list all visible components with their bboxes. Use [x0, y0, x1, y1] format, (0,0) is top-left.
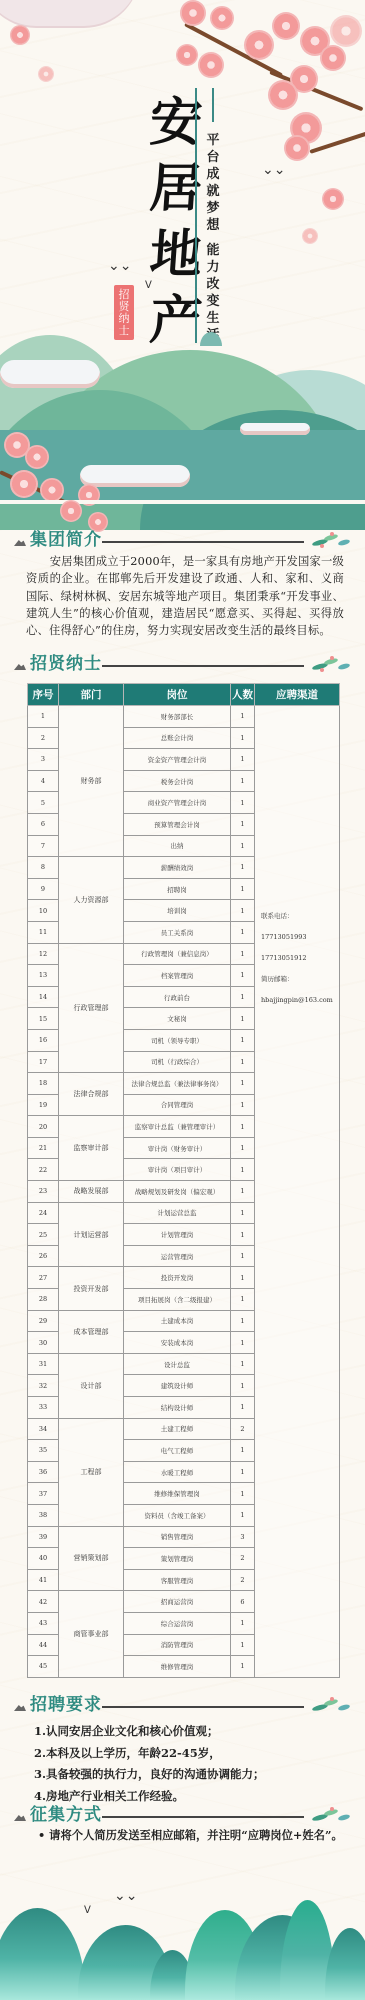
cell-position: 审计岗（项目审计） — [124, 1159, 231, 1181]
cell-no: 3 — [28, 749, 59, 771]
cell-no: 44 — [28, 1634, 59, 1656]
cell-count: 1 — [231, 878, 255, 900]
cell-position: 消防管理岗 — [124, 1634, 231, 1656]
blossom-icon — [60, 500, 82, 522]
cell-count: 1 — [231, 900, 255, 922]
mountain-mark-icon — [14, 1705, 26, 1711]
cell-no: 31 — [28, 1353, 59, 1375]
blossom-icon — [320, 45, 346, 71]
cell-position: 预算管理会计岗 — [124, 813, 231, 835]
requirement-item: 3.具备较强的执行力，良好的沟通协调能力； — [34, 1764, 344, 1786]
cell-position: 综合运营岗 — [124, 1612, 231, 1634]
cloud-decoration — [0, 360, 100, 388]
blossom-icon — [244, 30, 274, 60]
cell-position: 战略规划及研发岗（偏宏观） — [124, 1181, 231, 1203]
cell-count: 1 — [231, 1094, 255, 1116]
cell-no: 16 — [28, 1029, 59, 1051]
cell-count: 1 — [231, 1267, 255, 1289]
cell-no: 23 — [28, 1181, 59, 1203]
cell-position: 司机（领导专职） — [124, 1029, 231, 1051]
blossom-icon — [322, 188, 344, 210]
cell-count: 2 — [231, 1548, 255, 1570]
slogan-char: 平 — [205, 132, 221, 149]
slogan-char: 梦 — [205, 200, 221, 217]
cell-position: 审计岗（财务审计） — [124, 1137, 231, 1159]
cell-no: 8 — [28, 857, 59, 879]
title-char: 居 — [148, 156, 193, 222]
cell-position: 资金资产管理会计岗 — [124, 749, 231, 771]
slogan-char: 台 — [205, 149, 221, 166]
apply-instruction: • 请将个人简历发送至相应邮箱，并注明“应聘岗位+姓名”。 — [38, 1826, 348, 1844]
cell-count: 1 — [231, 770, 255, 792]
cell-department: 计划运营部 — [59, 1202, 124, 1267]
cell-count: 2 — [231, 1418, 255, 1440]
cell-position: 水暖工程师 — [124, 1461, 231, 1483]
cell-no: 40 — [28, 1548, 59, 1570]
cell-no: 28 — [28, 1289, 59, 1311]
cell-no: 25 — [28, 1224, 59, 1246]
blossom-icon — [40, 478, 64, 502]
slogan-char: 改 — [205, 276, 221, 293]
requirement-item: 2.本科及以上学历，年龄22-45岁， — [34, 1743, 344, 1765]
cell-position: 文秘岗 — [124, 1008, 231, 1030]
cell-position: 维修管理岗 — [124, 1656, 231, 1678]
cell-no: 10 — [28, 900, 59, 922]
leaf-decoration-icon — [306, 1695, 356, 1717]
cell-count: 1 — [231, 1656, 255, 1678]
cell-position: 投资开发岗 — [124, 1267, 231, 1289]
cell-count: 1 — [231, 1008, 255, 1030]
header-channel: 应聘渠道 — [255, 684, 340, 706]
cell-count: 1 — [231, 1375, 255, 1397]
cell-count: 3 — [231, 1526, 255, 1548]
cell-department: 人力资源部 — [59, 857, 124, 943]
divider-line — [212, 88, 214, 122]
cell-count: 1 — [231, 749, 255, 771]
hero-banner: 安 居 地 产 平 台 成 就 梦 想 能 力 改 变 生 活 招 贤 纳 士 — [0, 0, 365, 500]
slogan-char: 生 — [205, 310, 221, 327]
cell-department: 行政管理部 — [59, 943, 124, 1073]
cell-position: 司机（行政综合） — [124, 1051, 231, 1073]
cell-department: 战略发展部 — [59, 1181, 124, 1203]
section-header-recruit: 招贤纳士 — [14, 652, 354, 676]
cell-count: 1 — [231, 943, 255, 965]
cell-no: 37 — [28, 1483, 59, 1505]
cell-position: 土建成本岗 — [124, 1310, 231, 1332]
cell-count: 1 — [231, 1073, 255, 1095]
blossom-icon — [302, 228, 318, 244]
section-title: 集团简介 — [30, 528, 102, 552]
contact-email-label: 简历邮箱： — [261, 969, 339, 990]
contact-phone-2[interactable]: 17713051912 — [261, 948, 339, 969]
cell-no: 7 — [28, 835, 59, 857]
leaf-decoration-icon — [306, 1805, 356, 1827]
cell-no: 45 — [28, 1656, 59, 1678]
title-char: 地 — [148, 222, 193, 288]
slogan-char: 就 — [205, 183, 221, 200]
cell-position: 计划运营总监 — [124, 1202, 231, 1224]
cell-count: 1 — [231, 1353, 255, 1375]
cell-no: 5 — [28, 792, 59, 814]
divider-line — [195, 88, 197, 343]
cell-no: 11 — [28, 921, 59, 943]
cell-count: 1 — [231, 1504, 255, 1526]
cell-count: 1 — [231, 1245, 255, 1267]
cell-department: 工程部 — [59, 1418, 124, 1526]
cell-count: 1 — [231, 813, 255, 835]
cell-count: 1 — [231, 1397, 255, 1419]
cell-count: 1 — [231, 727, 255, 749]
cell-count: 1 — [231, 1137, 255, 1159]
cell-count: 1 — [231, 857, 255, 879]
cell-position: 监察审计总监（兼管理审计） — [124, 1116, 231, 1138]
cell-no: 19 — [28, 1094, 59, 1116]
cell-count: 1 — [231, 1181, 255, 1203]
cell-count: 2 — [231, 1569, 255, 1591]
table-row: 1财务部财务部部长1联系电话：1771305199317713051912简历邮… — [28, 706, 340, 728]
cell-no: 15 — [28, 1008, 59, 1030]
cell-channel: 联系电话：1771305199317713051912简历邮箱：hbajjing… — [255, 706, 340, 1678]
cell-no: 17 — [28, 1051, 59, 1073]
slogan-char: 变 — [205, 293, 221, 310]
cell-no: 27 — [28, 1267, 59, 1289]
cell-count: 1 — [231, 1029, 255, 1051]
recruitment-poster: 安 居 地 产 平 台 成 就 梦 想 能 力 改 变 生 活 招 贤 纳 士 — [0, 0, 365, 2000]
contact-email[interactable]: hbajjingpin@163.com — [261, 990, 339, 1011]
cell-position: 土建工程师 — [124, 1418, 231, 1440]
requirement-item: 1.认同安居企业文化和核心价值观； — [34, 1721, 344, 1743]
cell-department: 商管事业部 — [59, 1591, 124, 1677]
main-title: 安 居 地 产 — [150, 90, 190, 354]
header-dept: 部门 — [59, 684, 124, 706]
cell-no: 29 — [28, 1310, 59, 1332]
blossom-icon — [330, 15, 362, 47]
contact-phone-label: 联系电话： — [261, 906, 339, 927]
cell-no: 6 — [28, 813, 59, 835]
cell-count: 1 — [231, 1332, 255, 1354]
cell-count: 1 — [231, 986, 255, 1008]
cell-department: 设计部 — [59, 1353, 124, 1418]
cell-count: 1 — [231, 1289, 255, 1311]
cell-department: 财务部 — [59, 706, 124, 857]
cell-no: 39 — [28, 1526, 59, 1548]
cell-no: 43 — [28, 1612, 59, 1634]
positions-table: 序号 部门 岗位 人数 应聘渠道 1财务部财务部部长1联系电话：17713051… — [27, 683, 339, 1678]
blossom-icon — [10, 470, 38, 498]
cell-no: 22 — [28, 1159, 59, 1181]
cell-position: 招聘岗 — [124, 878, 231, 900]
slogan-char: 想 — [205, 217, 221, 234]
cell-no: 4 — [28, 770, 59, 792]
cloud-decoration — [80, 465, 190, 487]
cell-count: 1 — [231, 921, 255, 943]
cell-count: 1 — [231, 965, 255, 987]
blossom-icon — [210, 6, 234, 30]
cell-position: 培训岗 — [124, 900, 231, 922]
cell-department: 成本管理部 — [59, 1310, 124, 1353]
cell-position: 行政前台 — [124, 986, 231, 1008]
section-title: 招聘要求 — [30, 1693, 102, 1717]
cell-position: 招商运营岗 — [124, 1591, 231, 1613]
cell-no: 26 — [28, 1245, 59, 1267]
divider-line — [102, 541, 304, 543]
title-char: 安 — [148, 90, 193, 156]
cell-position: 商业资产管理会计岗 — [124, 792, 231, 814]
slogan-char: 能 — [205, 242, 221, 259]
intro-paragraph: 安居集团成立于2000年，是一家具有房地产开发国家一级资质的企业。在邯郸先后开发… — [26, 553, 344, 639]
blossom-icon — [284, 135, 310, 161]
slogan: 平 台 成 就 梦 想 能 力 改 变 生 活 — [205, 132, 221, 344]
cell-position: 客服管理岗 — [124, 1569, 231, 1591]
cell-no: 12 — [28, 943, 59, 965]
cell-no: 34 — [28, 1418, 59, 1440]
section-header-requirements: 招聘要求 — [14, 1693, 354, 1717]
section-title: 征集方式 — [30, 1803, 102, 1827]
leaf-decoration-icon — [306, 530, 356, 552]
cell-position: 设计总监 — [124, 1353, 231, 1375]
cell-count: 1 — [231, 1461, 255, 1483]
cell-position: 电气工程师 — [124, 1440, 231, 1462]
cell-no: 36 — [28, 1461, 59, 1483]
contact-phone-1[interactable]: 17713051993 — [261, 927, 339, 948]
cell-department: 法律合规部 — [59, 1073, 124, 1116]
cell-position: 财务部部长 — [124, 706, 231, 728]
blossom-icon — [180, 0, 206, 26]
requirements-list: 1.认同安居企业文化和核心价值观； 2.本科及以上学历，年龄22-45岁， 3.… — [34, 1721, 344, 1807]
cell-department: 营销策划部 — [59, 1526, 124, 1591]
blossom-icon — [176, 44, 198, 66]
cell-no: 1 — [28, 706, 59, 728]
cell-count: 6 — [231, 1591, 255, 1613]
header-no: 序号 — [28, 684, 59, 706]
blossom-icon — [272, 12, 300, 40]
cell-position: 计划管理岗 — [124, 1224, 231, 1246]
cell-position: 维修维保管理岗 — [124, 1483, 231, 1505]
slogan-char: 成 — [205, 166, 221, 183]
blossom-icon — [10, 25, 30, 45]
cell-no: 32 — [28, 1375, 59, 1397]
mountain-mark-icon — [14, 664, 26, 670]
cell-count: 1 — [231, 1483, 255, 1505]
cell-no: 14 — [28, 986, 59, 1008]
header-position: 岗位 — [124, 684, 231, 706]
leaf-decoration-icon — [306, 654, 356, 676]
cell-count: 1 — [231, 1310, 255, 1332]
cell-count: 1 — [231, 835, 255, 857]
cell-position: 建筑设计师 — [124, 1375, 231, 1397]
cell-position: 销售管理岗 — [124, 1526, 231, 1548]
blossom-icon — [268, 80, 298, 110]
cell-position: 资料员（含竣工备案） — [124, 1504, 231, 1526]
divider-line — [102, 665, 304, 667]
cell-department: 监察审计部 — [59, 1116, 124, 1181]
mountain-mark-icon — [14, 540, 26, 546]
header-count: 人数 — [231, 684, 255, 706]
blossom-icon — [198, 52, 224, 78]
cell-count: 1 — [231, 1051, 255, 1073]
cell-count: 1 — [231, 1159, 255, 1181]
bird-icon: ᐯ — [145, 280, 152, 291]
cell-count: 1 — [231, 792, 255, 814]
cell-no: 24 — [28, 1202, 59, 1224]
cell-count: 1 — [231, 1634, 255, 1656]
cloud-decoration — [240, 423, 310, 435]
cell-no: 13 — [28, 965, 59, 987]
cell-no: 33 — [28, 1397, 59, 1419]
cell-count: 1 — [231, 1224, 255, 1246]
cell-no: 30 — [28, 1332, 59, 1354]
cell-no: 21 — [28, 1137, 59, 1159]
cloud-decoration — [0, 0, 140, 26]
cell-position: 总账会计岗 — [124, 727, 231, 749]
cell-no: 9 — [28, 878, 59, 900]
mountain-mark-icon — [14, 1815, 26, 1821]
blossom-icon — [25, 445, 49, 469]
jobs-table: 序号 部门 岗位 人数 应聘渠道 1财务部财务部部长1联系电话：17713051… — [27, 683, 340, 1678]
cell-count: 1 — [231, 706, 255, 728]
cell-department: 投资开发部 — [59, 1267, 124, 1310]
blossom-icon — [38, 66, 54, 82]
cell-no: 18 — [28, 1073, 59, 1095]
cell-position: 安装成本岗 — [124, 1332, 231, 1354]
cell-count: 1 — [231, 1202, 255, 1224]
bottom-mountains — [0, 1890, 365, 2000]
bird-icon: ⌄⌄ — [262, 162, 285, 178]
section-title: 招贤纳士 — [30, 652, 102, 676]
cell-position: 出纳 — [124, 835, 231, 857]
divider-line — [102, 1816, 304, 1818]
cell-position: 税务会计岗 — [124, 770, 231, 792]
cell-position: 策划管理岗 — [124, 1548, 231, 1570]
cell-position: 员工关系岗 — [124, 921, 231, 943]
cell-position: 项目拓展岗（含二级报建） — [124, 1289, 231, 1311]
cell-count: 1 — [231, 1612, 255, 1634]
bird-icon: ⌄⌄ — [108, 258, 131, 274]
cell-position: 合同管理岗 — [124, 1094, 231, 1116]
cell-no: 2 — [28, 727, 59, 749]
cell-position: 档案管理岗 — [124, 965, 231, 987]
slogan-char: 力 — [205, 259, 221, 276]
cell-position: 薪酬绩效岗 — [124, 857, 231, 879]
cell-count: 1 — [231, 1116, 255, 1138]
table-header-row: 序号 部门 岗位 人数 应聘渠道 — [28, 684, 340, 706]
cell-position: 运营管理岗 — [124, 1245, 231, 1267]
cell-no: 20 — [28, 1116, 59, 1138]
cell-position: 行政管理岗（兼信息岗） — [124, 943, 231, 965]
cell-no: 38 — [28, 1504, 59, 1526]
cell-no: 35 — [28, 1440, 59, 1462]
section-header-intro: 集团简介 — [14, 528, 354, 552]
section-header-apply: 征集方式 — [14, 1803, 354, 1827]
divider-line — [102, 1706, 304, 1708]
cell-no: 41 — [28, 1569, 59, 1591]
cell-count: 1 — [231, 1440, 255, 1462]
cell-no: 42 — [28, 1591, 59, 1613]
cell-position: 结构设计师 — [124, 1397, 231, 1419]
cell-position: 法律合规总监（兼法律事务岗） — [124, 1073, 231, 1095]
